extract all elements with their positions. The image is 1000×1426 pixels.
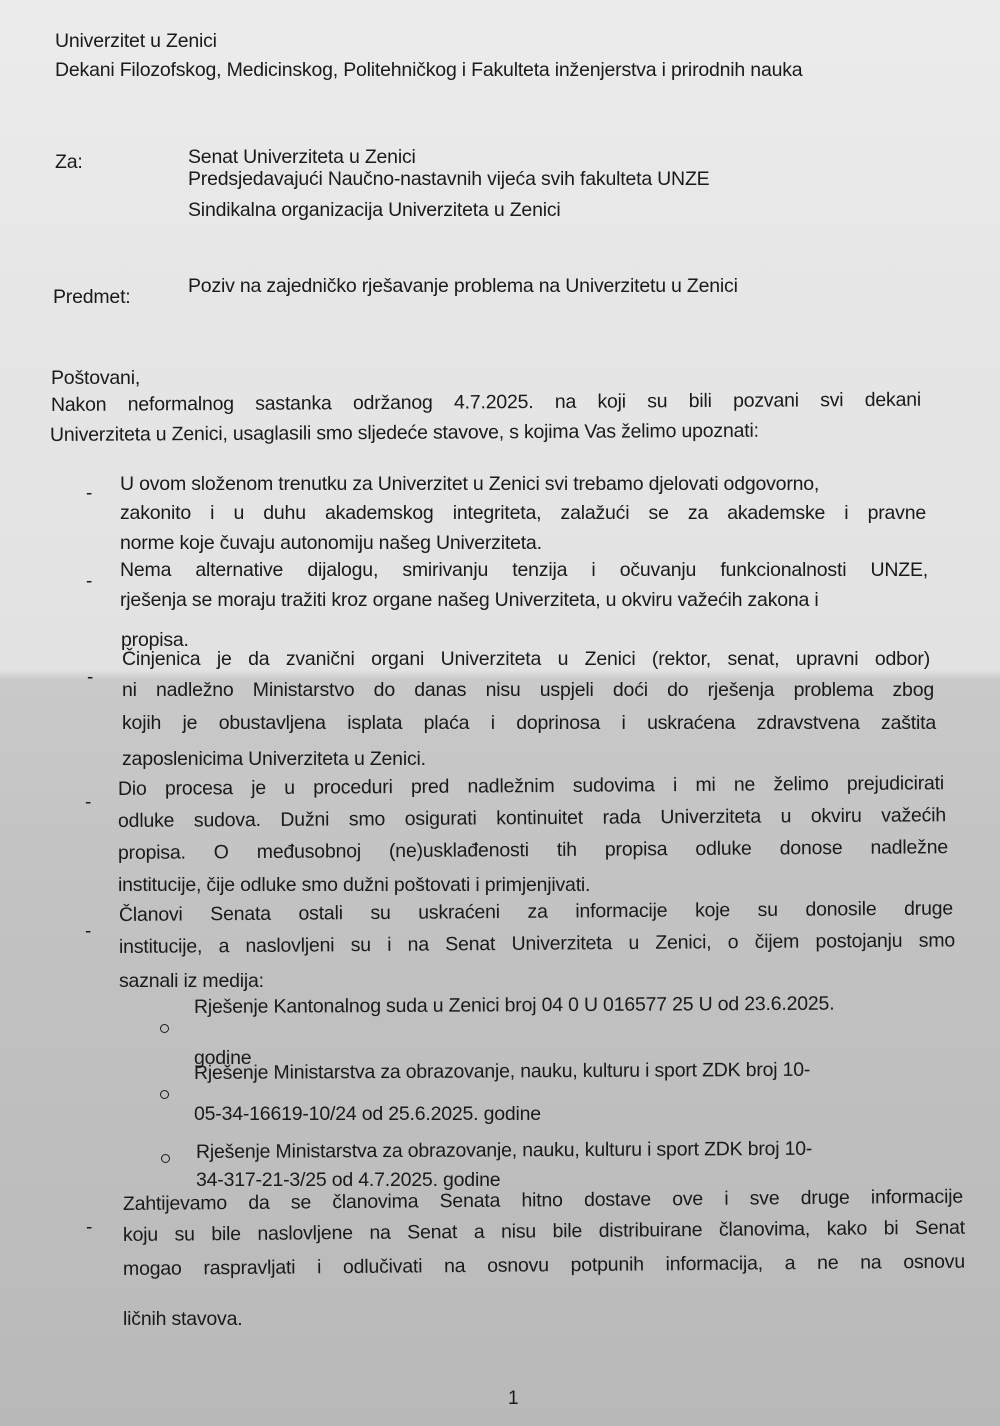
bullet-line: Članovi Senata ostali su uskraćeni za in… (119, 899, 953, 925)
bullet-line: Nema alternative dijalogu, smirivanju te… (120, 561, 928, 581)
bullet-line: institucije, a naslovljeni su i na Senat… (119, 931, 955, 957)
bullet-dash: - (85, 793, 91, 812)
bullet-line: Zahtijevamo da se članovima Senata hitno… (123, 1188, 963, 1215)
sub-item-line: Rješenje Kantonalnog suda u Zenici broj … (194, 995, 834, 1018)
page-number: 1 (508, 1388, 519, 1410)
bullet-dash: - (85, 922, 91, 941)
subject-text: Poziv na zajedničko rješavanje problema … (188, 277, 738, 297)
recipient-line: Sindikalna organizacija Univerziteta u Z… (188, 201, 561, 221)
recipient-line: Senat Univerziteta u Zenici (188, 148, 416, 168)
sub-item-line: 05-34-16619-10/24 od 25.6.2025. godine (194, 1105, 541, 1125)
bullet-line: saznali iz medija: (119, 972, 264, 992)
institution-name: Univerzitet u Zenici (55, 32, 217, 52)
bullet-line: ni nadležno Ministarstvo do danas nisu u… (122, 681, 934, 701)
bullet-line: propisa. O međusobnoj (ne)usklađenosti t… (118, 838, 948, 863)
document-page: Univerzitet u Zenici Dekani Filozofskog,… (0, 0, 1000, 1426)
bullet-dash: - (86, 1218, 92, 1237)
bullet-line: U ovom složenom trenutku za Univerzitet … (120, 475, 819, 495)
senders-line: Dekani Filozofskog, Medicinskog, Politeh… (55, 61, 802, 81)
sub-item-line: Rješenje Ministarstva za obrazovanje, na… (196, 1140, 812, 1163)
circle-bullet-icon (160, 1024, 169, 1033)
bullet-dash: - (86, 572, 92, 591)
bullet-line: zakonito i u duhu akademskog integriteta… (120, 504, 926, 524)
circle-bullet-icon (160, 1090, 169, 1099)
bullet-line: norme koje čuvaju autonomiju našeg Unive… (120, 534, 542, 554)
bullet-line: Dio procesa je u proceduri pred nadležni… (118, 774, 944, 799)
circle-bullet-icon (161, 1154, 170, 1163)
subject-label: Predmet: (53, 288, 131, 308)
intro-line: Univerziteta u Zenici, usaglasili smo sl… (50, 422, 759, 446)
bullet-line: institucije, čije odluke smo dužni pošto… (118, 876, 590, 896)
bullet-dash: - (87, 668, 93, 687)
salutation: Poštovani, (51, 369, 140, 389)
bullet-line: ličnih stavova. (123, 1310, 242, 1330)
bullet-line: rješenja se moraju tražiti kroz organe n… (120, 591, 819, 611)
bullet-dash: - (86, 484, 92, 503)
intro-line: Nakon neformalnog sastanka održanog 4.7.… (51, 391, 921, 416)
sub-item-line: 34-317-21-3/25 od 4.7.2025. godine (196, 1171, 500, 1191)
sub-item-line: Rješenje Ministarstva za obrazovanje, na… (194, 1061, 810, 1084)
bullet-line: zaposlenicima Univerziteta u Zenici. (122, 750, 426, 770)
bullet-line: mogao raspravljati i odlučivati na osnov… (123, 1253, 965, 1280)
bullet-line: koju su bile naslovljene na Senat a nisu… (123, 1219, 965, 1246)
recipient-line: Predsjedavajući Naučno-nastavnih vijeća … (188, 170, 709, 190)
recipients-label: Za: (55, 153, 83, 173)
bullet-line: odluke sudova. Dužni smo osigurati konti… (118, 806, 946, 831)
bullet-line: Činjenica je da zvanični organi Univerzi… (122, 650, 930, 670)
bullet-line: kojih je obustavljena isplata plaća i do… (122, 714, 936, 734)
